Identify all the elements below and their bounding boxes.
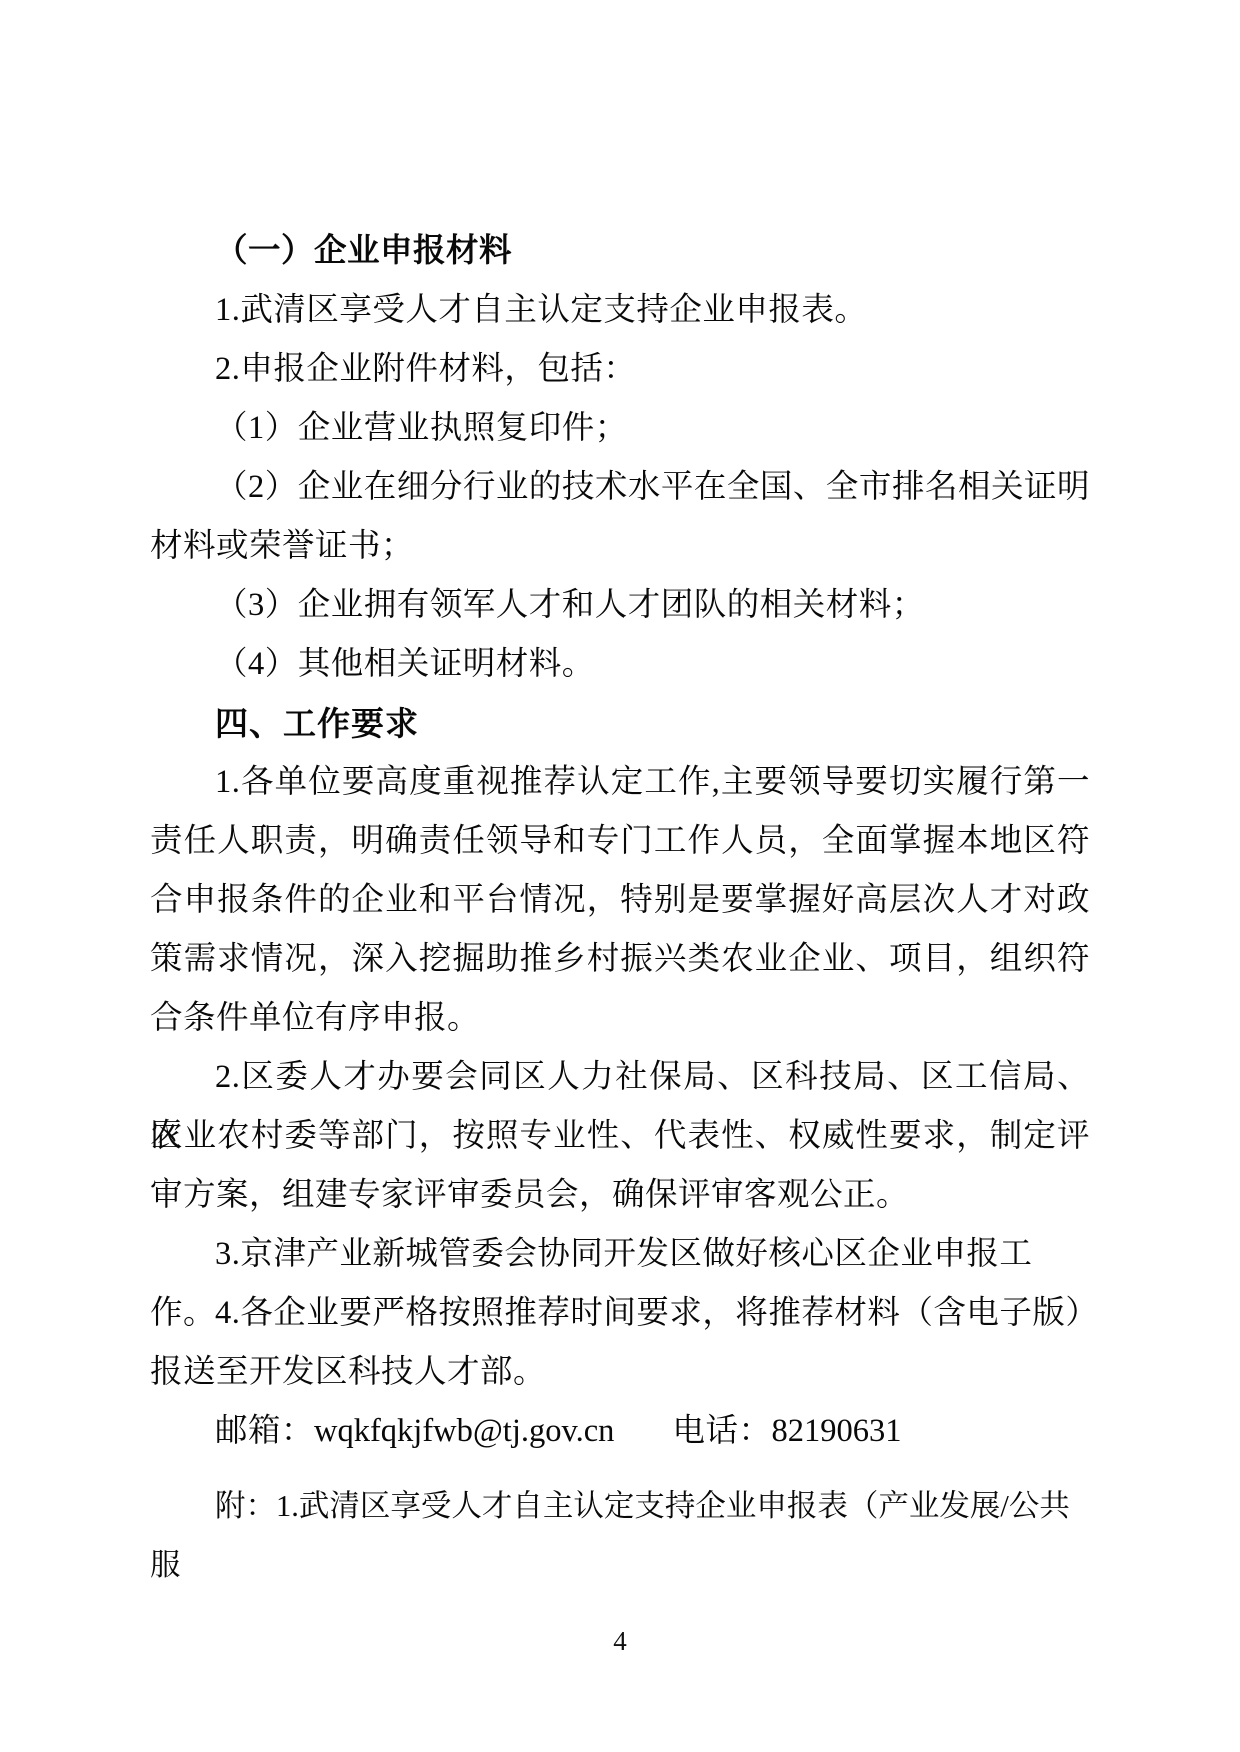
email-address: wqkfqkjfwb@tj.gov.cn xyxy=(314,1413,614,1449)
phone-number: 82190631 xyxy=(771,1413,901,1449)
document-body: （一）企业申报材料 1.武清区享受人才自主认定支持企业申报表。 2.申报企业附件… xyxy=(150,222,1090,1536)
body-line-leading-talents: （3）企业拥有领军人才和人才团队的相关材料； xyxy=(150,576,1090,635)
document-page: （一）企业申报材料 1.武清区享受人才自主认定支持企业申报表。 2.申报企业附件… xyxy=(0,0,1240,1752)
subsection-heading-enterprise-materials: （一）企业申报材料 xyxy=(150,222,1090,281)
section-heading-work-requirements: 四、工作要求 xyxy=(150,694,1090,753)
email-label: 邮箱： xyxy=(215,1413,314,1449)
body-line-req3: 3.京津产业新城管委会协同开发区做好核心区企业申报工作。 xyxy=(150,1225,1090,1284)
attachment-note-line: 附：1.武清区享受人才自主认定支持企业申报表（产业发展/公共服 xyxy=(150,1477,1090,1536)
body-line-req4-1: 4.各企业要严格按照推荐时间要求，将推荐材料（含电子版） xyxy=(150,1284,1090,1343)
body-line-req2-3: 审方案，组建专家评审委员会，确保评审客观公正。 xyxy=(150,1166,1090,1225)
body-line-industry-ranking-1: （2）企业在细分行业的技术水平在全国、全市排名相关证明 xyxy=(150,458,1090,517)
body-line-req1-4: 策需求情况，深入挖掘助推乡村振兴类农业企业、项目，组织符 xyxy=(150,930,1090,989)
body-line-req2-1: 2.区委人才办要会同区人力社保局、区科技局、区工信局、区 xyxy=(150,1048,1090,1107)
phone-label: 电话： xyxy=(672,1413,771,1449)
body-line-req2-2: 农业农村委等部门，按照专业性、代表性、权威性要求，制定评 xyxy=(150,1107,1090,1166)
body-line-req1-2: 责任人职责，明确责任领导和专门工作人员，全面掌握本地区符 xyxy=(150,812,1090,871)
body-line-declaration-form: 1.武清区享受人才自主认定支持企业申报表。 xyxy=(150,281,1090,340)
body-line-other-materials: （4）其他相关证明材料。 xyxy=(150,635,1090,694)
page-number: 4 xyxy=(0,1626,1240,1657)
contact-line: 邮箱：wqkfqkjfwb@tj.gov.cn电话：82190631 xyxy=(150,1402,1090,1461)
body-line-industry-ranking-2: 材料或荣誉证书； xyxy=(150,517,1090,576)
body-line-req1-3: 合申报条件的企业和平台情况，特别是要掌握好高层次人才对政 xyxy=(150,871,1090,930)
body-line-req4-2: 报送至开发区科技人才部。 xyxy=(150,1343,1090,1402)
body-line-attachment-materials: 2.申报企业附件材料，包括： xyxy=(150,340,1090,399)
body-line-req1-1: 1.各单位要高度重视推荐认定工作,主要领导要切实履行第一 xyxy=(150,753,1090,812)
body-line-business-license: （1）企业营业执照复印件； xyxy=(150,399,1090,458)
body-line-req1-5: 合条件单位有序申报。 xyxy=(150,989,1090,1048)
